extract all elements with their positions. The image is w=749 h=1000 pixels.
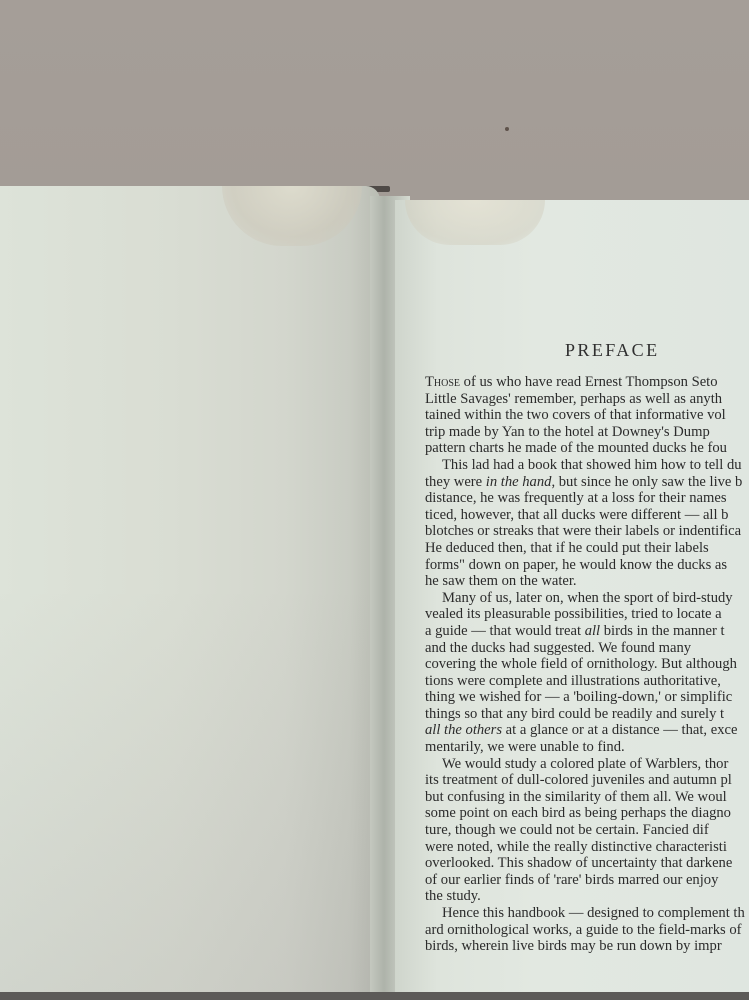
text-segment: tions were complete and illustrations au… <box>425 673 721 689</box>
text-segment: tained within the two covers of that inf… <box>425 407 726 423</box>
text-segment: mentarily, we were unable to find. <box>425 739 625 755</box>
water-stain <box>222 186 362 246</box>
text-segment: blotches or streaks that were their labe… <box>425 523 741 539</box>
text-segment: all the others <box>425 722 502 738</box>
text-line: and the ducks had suggested. We found ma… <box>425 640 749 657</box>
text-segment: were noted, while the really distinctive… <box>425 839 727 855</box>
text-segment: vealed its pleasurable possibilities, tr… <box>425 606 722 622</box>
text-line: pattern charts he made of the mounted du… <box>425 440 749 457</box>
text-segment: they were <box>425 474 486 490</box>
text-segment: of us who have read Ernest Thompson Seto <box>460 374 718 390</box>
text-line: forms" down on paper, he would know the … <box>425 557 749 574</box>
text-line: distance, he was frequently at a loss fo… <box>425 490 749 507</box>
text-segment: in the hand <box>486 474 552 490</box>
text-line: of our earlier finds of 'rare' birds mar… <box>425 872 749 889</box>
text-segment: some point on each bird as being perhaps… <box>425 805 731 821</box>
text-line: Little Savages' remember, perhaps as wel… <box>425 391 749 408</box>
text-line: We would study a colored plate of Warble… <box>425 756 749 773</box>
text-line: mentarily, we were unable to find. <box>425 739 749 756</box>
text-segment: ticed, however, that all ducks were diff… <box>425 507 728 523</box>
text-segment: covering the whole field of ornithology.… <box>425 656 737 672</box>
text-line: things so that any bird could be readily… <box>425 706 749 723</box>
text-line: ard ornithological works, a guide to the… <box>425 922 749 939</box>
text-line: vealed its pleasurable possibilities, tr… <box>425 606 749 623</box>
text-segment: he saw them on the water. <box>425 573 577 589</box>
text-segment: We would study a colored plate of Warble… <box>442 756 728 772</box>
text-segment: Hence this handbook — designed to comple… <box>442 905 745 921</box>
text-line: He deduced then, that if he could put th… <box>425 540 749 557</box>
text-segment: pattern charts he made of the mounted du… <box>425 440 727 456</box>
text-line: the study. <box>425 888 749 905</box>
text-line: a guide — that would treat all birds in … <box>425 623 749 640</box>
text-segment: of our earlier finds of 'rare' birds mar… <box>425 872 718 888</box>
text-segment: birds in the manner t <box>600 623 724 639</box>
text-line: Those of us who have read Ernest Thompso… <box>425 374 749 391</box>
text-segment: at a glance or at a distance — that, exc… <box>502 722 737 738</box>
text-segment: forms" down on paper, he would know the … <box>425 557 727 573</box>
text-segment: birds, wherein live birds may be run dow… <box>425 938 722 954</box>
text-segment: but confusing in the similarity of them … <box>425 789 727 805</box>
text-line: were noted, while the really distinctive… <box>425 839 749 856</box>
text-line: Hence this handbook — designed to comple… <box>425 905 749 922</box>
page-title: PREFACE <box>565 340 660 361</box>
text-line: trip made by Yan to the hotel at Downey'… <box>425 424 749 441</box>
text-line: tions were complete and illustrations au… <box>425 673 749 690</box>
text-line: they were in the hand, but since he only… <box>425 474 749 491</box>
text-line: blotches or streaks that were their labe… <box>425 523 749 540</box>
preface-body: Those of us who have read Ernest Thompso… <box>425 374 749 955</box>
text-segment: a guide — that would treat <box>425 623 585 639</box>
text-line: ticed, however, that all ducks were diff… <box>425 507 749 524</box>
text-segment: Those <box>425 374 460 390</box>
text-segment: things so that any bird could be readily… <box>425 706 724 722</box>
text-segment: trip made by Yan to the hotel at Downey'… <box>425 424 710 440</box>
text-segment: thing we wished for — a 'boiling-down,' … <box>425 689 732 705</box>
text-line: ture, though we could not be certain. Fa… <box>425 822 749 839</box>
text-segment: ture, though we could not be certain. Fa… <box>425 822 709 838</box>
text-segment: Little Savages' remember, perhaps as wel… <box>425 391 722 407</box>
text-line: birds, wherein live birds may be run dow… <box>425 938 749 955</box>
text-segment: overlooked. This shadow of uncertainty t… <box>425 855 732 871</box>
table-speck <box>505 127 509 131</box>
left-page-blank <box>0 186 380 996</box>
text-segment: He deduced then, that if he could put th… <box>425 540 709 556</box>
text-segment: the study. <box>425 888 481 904</box>
text-line: he saw them on the water. <box>425 573 749 590</box>
text-line: thing we wished for — a 'boiling-down,' … <box>425 689 749 706</box>
text-line: some point on each bird as being perhaps… <box>425 805 749 822</box>
text-line: This lad had a book that showed him how … <box>425 457 749 474</box>
text-segment: , but since he only saw the live b <box>551 474 742 490</box>
book-bottom-edge <box>0 992 749 1000</box>
text-segment: distance, he was frequently at a loss fo… <box>425 490 727 506</box>
water-stain <box>405 200 545 245</box>
text-segment: all <box>585 623 600 639</box>
text-line: all the others at a glance or at a dista… <box>425 722 749 739</box>
text-line: its treatment of dull-colored juveniles … <box>425 772 749 789</box>
text-segment: and the ducks had suggested. We found ma… <box>425 640 691 656</box>
text-line: tained within the two covers of that inf… <box>425 407 749 424</box>
text-line: covering the whole field of ornithology.… <box>425 656 749 673</box>
text-line: overlooked. This shadow of uncertainty t… <box>425 855 749 872</box>
text-line: Many of us, later on, when the sport of … <box>425 590 749 607</box>
text-segment: This lad had a book that showed him how … <box>442 457 742 473</box>
text-segment: Many of us, later on, when the sport of … <box>442 590 733 606</box>
page-shadow <box>0 586 380 996</box>
text-line: but confusing in the similarity of them … <box>425 789 749 806</box>
text-segment: its treatment of dull-colored juveniles … <box>425 772 732 788</box>
text-segment: ard ornithological works, a guide to the… <box>425 922 742 938</box>
